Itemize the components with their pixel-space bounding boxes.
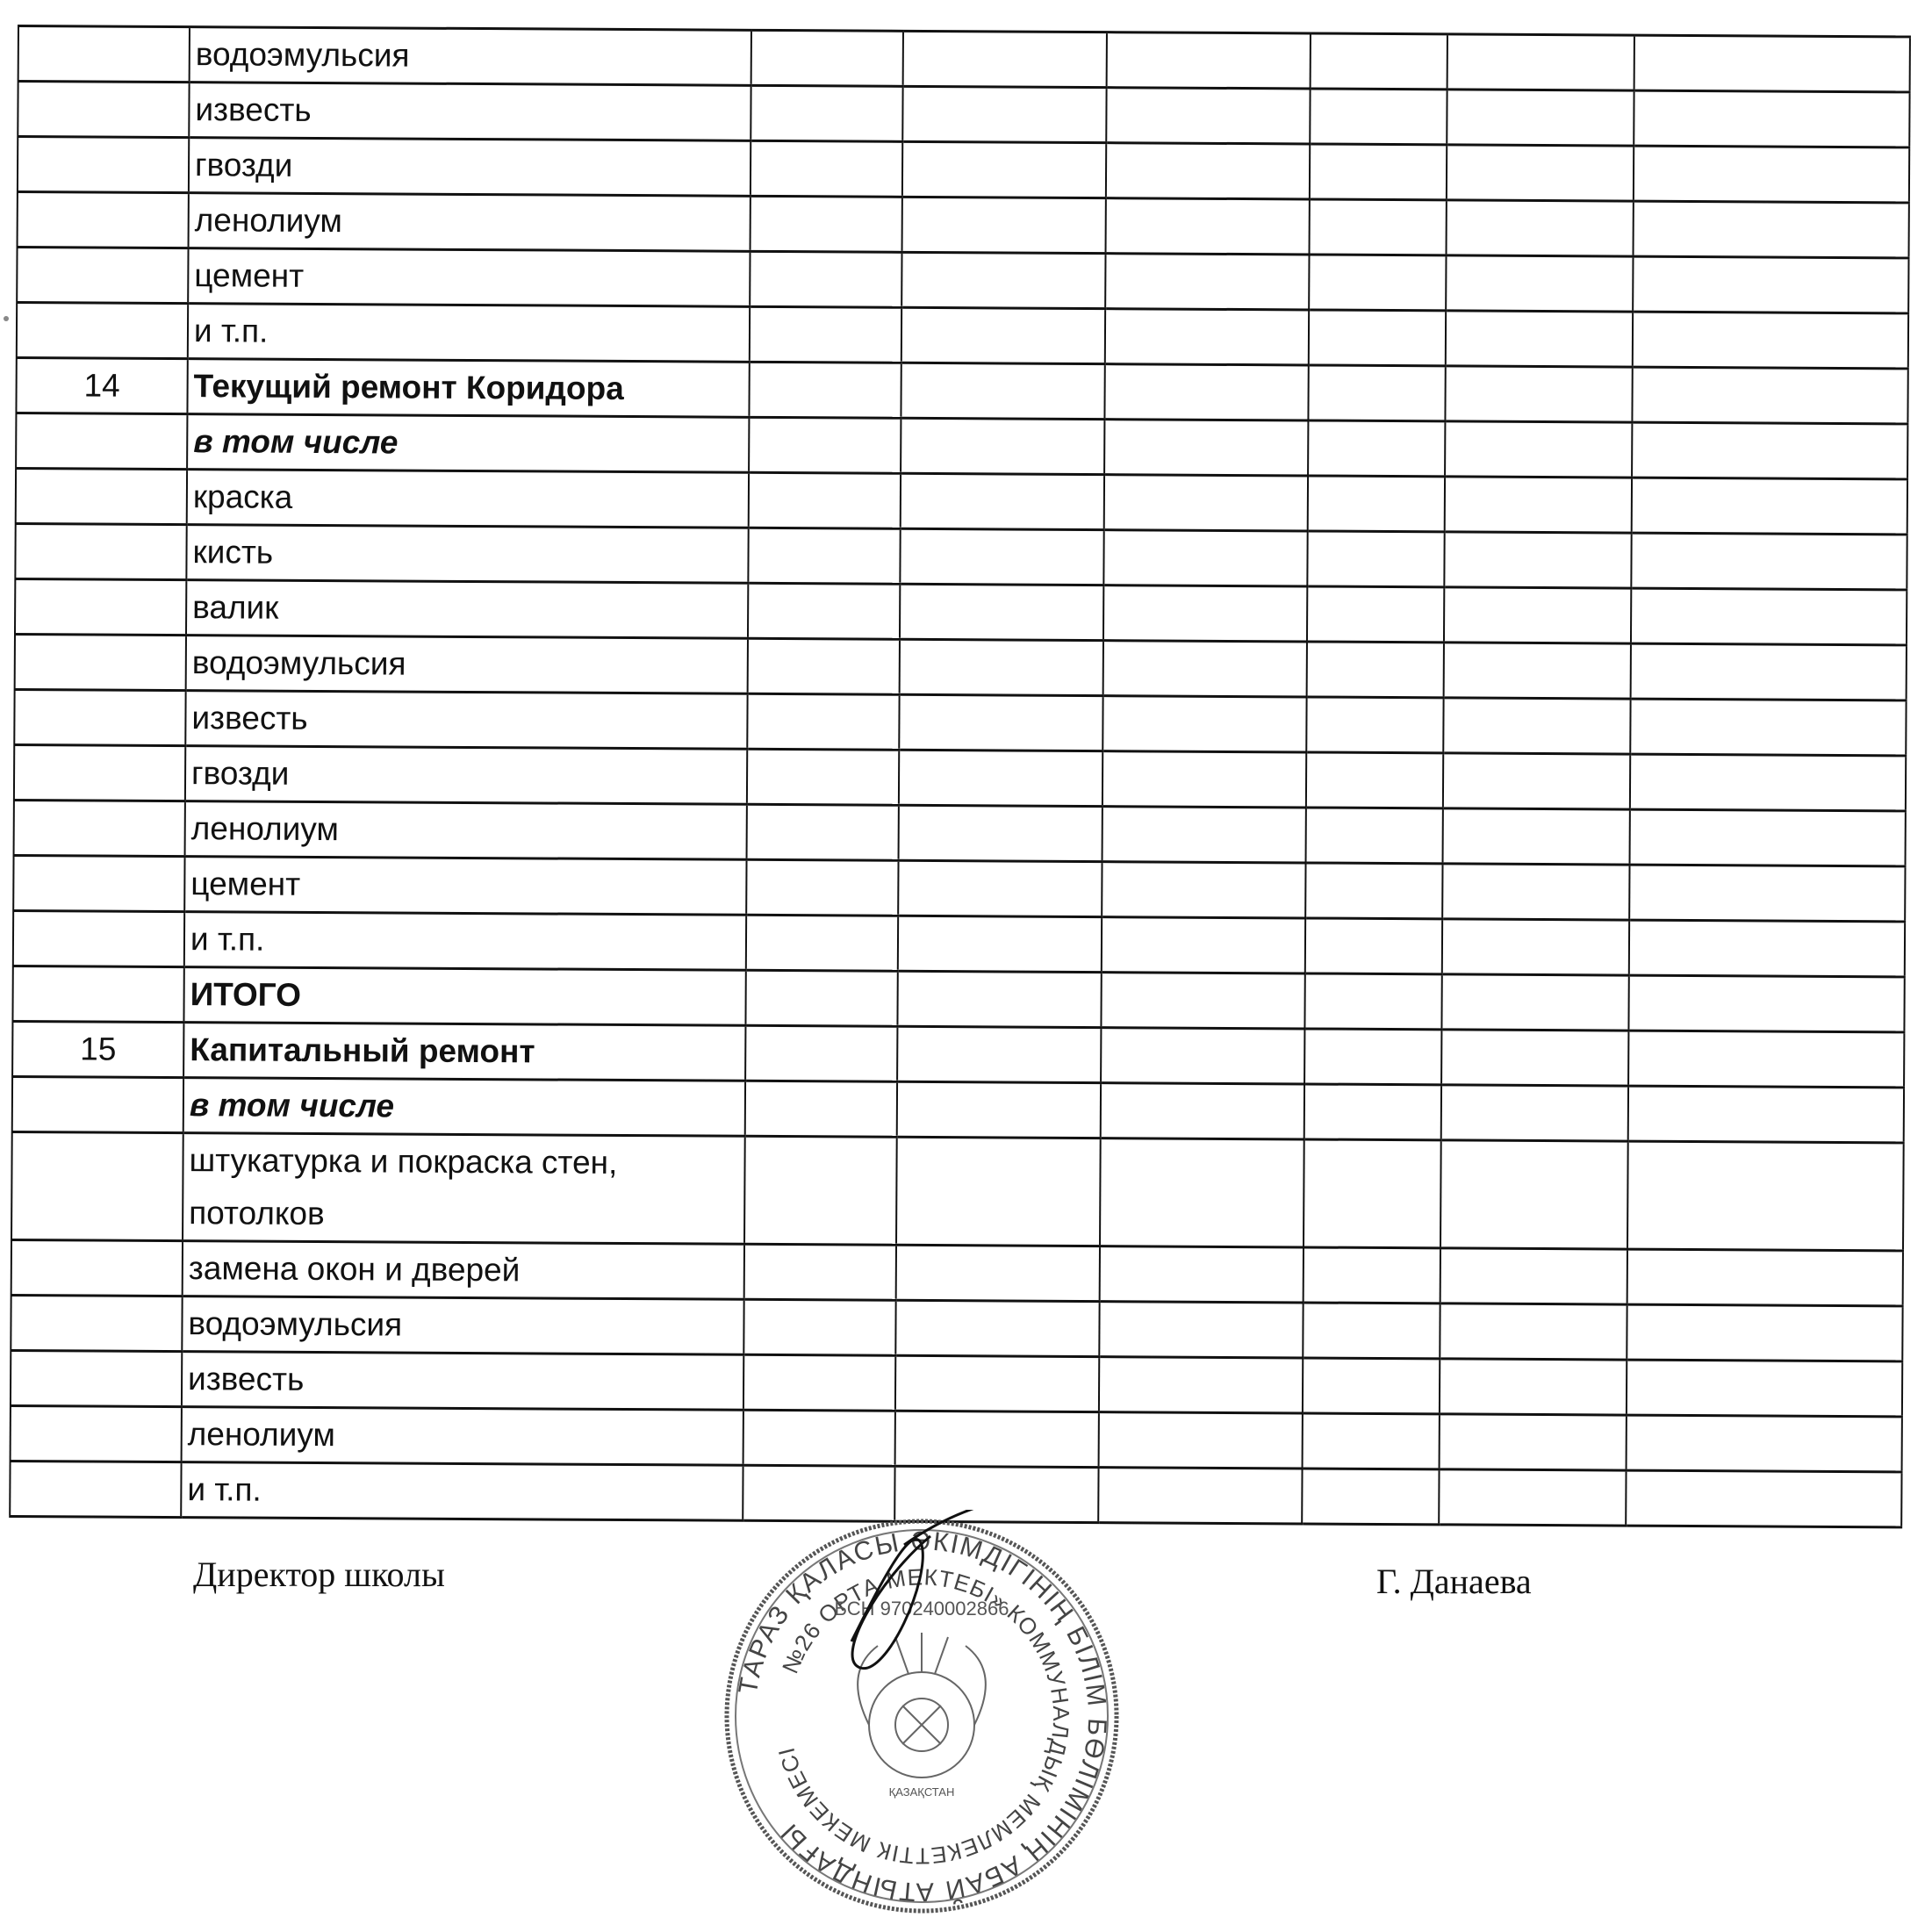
row-number [18,137,189,193]
empty-cell [1099,1302,1303,1358]
empty-cell [1310,89,1447,145]
item-name: в том числе [187,414,749,473]
row-number [11,1131,183,1240]
empty-cell [1627,1360,1902,1417]
empty-cell [750,306,901,363]
empty-cell [1100,1138,1304,1247]
empty-cell [1304,1139,1441,1248]
empty-cell [743,1410,895,1466]
emblem-icon [858,1633,986,1778]
empty-cell [1307,531,1444,587]
empty-cell [1628,975,1904,1032]
item-name: ленолиум [182,1407,743,1466]
empty-cell [1445,421,1632,478]
empty-cell [751,30,903,86]
row-number [11,1405,182,1462]
empty-cell [748,583,900,639]
item-name: штукатурка и покраска стен, потолков [183,1133,745,1245]
empty-cell [1103,641,1307,697]
row-number [18,26,190,83]
empty-cell [1628,1086,1904,1143]
item-name: краска [187,470,749,528]
empty-cell [749,472,901,528]
empty-cell [746,859,898,916]
row-number [15,523,186,579]
empty-cell [1306,752,1443,808]
empty-cell [1627,1249,1903,1306]
item-name: ИТОГО [183,967,745,1026]
empty-cell [745,1025,897,1081]
empty-cell [1440,1359,1627,1415]
empty-cell [1444,643,1631,699]
empty-cell [1103,585,1307,642]
empty-cell [1444,532,1631,588]
empty-cell [899,750,1102,806]
empty-cell [743,1354,895,1411]
empty-cell [898,860,1102,916]
empty-cell [1310,199,1447,255]
empty-cell [1101,973,1304,1029]
empty-cell [901,418,1104,474]
empty-cell [1629,865,1905,922]
empty-cell [748,528,900,584]
item-name: и т.п. [181,1462,743,1521]
empty-cell [896,1245,1100,1301]
empty-cell [1632,367,1907,424]
empty-cell [747,749,899,805]
empty-cell [899,805,1102,861]
director-title: Директор школы [193,1554,445,1595]
empty-cell [1445,366,1632,422]
row-number [18,82,189,138]
empty-cell [1440,1304,1627,1360]
item-name: водоэмульсия [186,636,748,694]
empty-cell [749,362,901,418]
empty-cell [1626,1470,1901,1527]
item-name: Текущий ремонт Коридора [187,359,749,418]
empty-cell [900,528,1103,585]
item-name: водоэмульсия [182,1296,743,1355]
item-name: цемент [184,857,746,916]
stamp-emblem-label: ҚАЗАҚСТАН [889,1785,955,1799]
empty-cell [746,915,898,971]
empty-cell [1445,477,1632,533]
row-number [16,468,187,524]
empty-cell [1107,32,1311,89]
empty-cell [901,252,1105,308]
empty-cell [1106,198,1310,255]
empty-cell [899,694,1102,751]
empty-cell [1447,200,1634,256]
empty-cell [1104,364,1308,420]
stamp-bin: БСН 970240002866 [835,1598,1009,1620]
empty-cell [1303,1413,1440,1469]
item-name: известь [182,1352,743,1411]
empty-cell [1447,90,1634,146]
empty-cell [1305,918,1442,974]
empty-cell [895,1411,1099,1467]
item-name: замена окон и дверей [183,1241,744,1300]
row-number [12,966,183,1022]
empty-cell [744,1136,897,1245]
empty-cell [1311,33,1447,90]
empty-cell [751,196,902,252]
empty-cell [1302,1469,1439,1525]
empty-cell [1310,144,1447,200]
empty-cell [1444,587,1631,643]
empty-cell [745,1081,897,1137]
empty-cell [1630,809,1906,866]
empty-cell [896,1137,1101,1246]
empty-cell [1102,696,1306,752]
empty-cell [1309,310,1446,366]
empty-cell [1105,309,1309,365]
empty-cell [751,85,902,141]
empty-cell [1102,807,1306,863]
empty-cell [1105,254,1309,310]
empty-cell [750,251,901,307]
empty-cell [1308,365,1445,421]
empty-cell [1630,699,1906,756]
empty-cell [902,141,1106,198]
empty-cell [1099,1412,1303,1469]
empty-cell [1307,586,1444,643]
item-name: цемент [188,248,750,307]
empty-cell [1629,920,1905,977]
table-row: штукатурка и покраска стен, потолков [11,1131,1904,1250]
row-number [18,192,189,248]
empty-cell [898,916,1102,972]
row-number [17,303,188,359]
empty-cell [1308,476,1445,532]
empty-cell [1440,1414,1627,1470]
empty-cell [1442,864,1629,920]
empty-cell [1304,1084,1441,1140]
empty-cell [1631,643,1907,700]
empty-cell [1303,1303,1440,1359]
empty-cell [1442,919,1629,975]
empty-cell [1627,1415,1902,1472]
materials-table: водоэмульсияизвестьгвоздиленолиумцементи… [9,25,1909,1528]
empty-cell [751,140,902,197]
empty-cell [1439,1469,1626,1526]
item-name: валик [186,580,748,639]
item-name: гвозди [185,746,747,805]
empty-cell [1632,478,1907,535]
empty-cell [1628,1031,1904,1088]
empty-cell [1441,974,1628,1031]
row-number [15,578,186,635]
empty-cell [1441,1085,1628,1141]
empty-cell [1446,311,1633,367]
empty-cell [743,1299,895,1355]
empty-cell [747,693,899,750]
empty-cell [748,638,900,694]
empty-cell [1102,862,1305,918]
item-name: и т.п. [184,912,746,971]
empty-cell [1633,312,1908,369]
item-name: ленолиум [189,193,751,252]
item-name: известь [185,691,747,750]
row-number [14,689,185,745]
row-number [12,1076,183,1132]
empty-cell [900,639,1103,695]
row-number: 15 [12,1021,183,1077]
empty-cell [1306,808,1443,864]
empty-cell [1443,808,1630,865]
empty-cell [745,970,897,1026]
empty-cell [1101,1028,1304,1084]
empty-cell [1446,255,1633,312]
official-stamp: ТАРАЗ ҚАЛАСЫ ӘКІМДІГІНІҢ БІЛІМ БӨЛІМІНІҢ… [702,1510,1141,1922]
empty-cell [1634,35,1910,92]
empty-cell [1630,754,1906,811]
row-number [11,1295,182,1351]
empty-cell [1308,420,1445,477]
empty-cell [744,1244,896,1300]
row-number: 14 [16,357,187,413]
empty-cell [1104,475,1308,531]
empty-cell [1304,1247,1440,1304]
row-number [13,910,184,966]
empty-cell [1634,146,1909,203]
empty-cell [1103,530,1307,586]
row-number [17,248,188,304]
empty-cell [897,971,1101,1027]
empty-cell [1631,533,1907,590]
empty-cell [903,31,1107,87]
empty-cell [1627,1141,1904,1251]
empty-cell [1309,255,1446,311]
empty-cell [1633,256,1908,313]
empty-cell [897,1081,1101,1138]
empty-cell [901,363,1104,419]
empty-cell [1443,753,1630,809]
empty-cell [1441,1030,1628,1086]
empty-cell [1440,1248,1627,1304]
empty-cell [895,1300,1099,1356]
empty-cell [1102,917,1305,973]
empty-cell [1627,1304,1902,1361]
empty-cell [1447,145,1634,201]
empty-cell [901,307,1105,363]
row-number [16,413,187,469]
row-number [10,1461,181,1517]
row-number [14,800,185,856]
empty-cell [1440,1140,1628,1249]
empty-cell [901,473,1104,529]
empty-cell [1305,863,1442,919]
item-name: ленолиум [185,801,747,860]
empty-cell [1304,973,1441,1030]
empty-cell [1307,642,1444,698]
empty-cell [902,86,1106,142]
empty-cell [1106,88,1310,144]
empty-cell [1634,90,1909,147]
item-name: в том числе [183,1078,745,1137]
row-number [14,744,185,801]
row-number [13,855,184,911]
empty-cell [1632,422,1907,479]
item-name: гвозди [189,138,751,197]
item-name: известь [189,83,751,141]
empty-cell [895,1355,1099,1411]
empty-cell [900,584,1103,640]
empty-cell [1631,588,1907,645]
director-name: Г. Данаева [1376,1561,1532,1602]
empty-cell [1443,698,1630,754]
row-number [15,634,186,690]
item-name: Капитальный ремонт [183,1023,745,1081]
empty-cell [1304,1029,1441,1085]
item-name: водоэмульсия [190,27,751,86]
empty-cell [897,1026,1101,1082]
item-name: и т.п. [188,304,750,363]
empty-cell [1100,1246,1304,1303]
empty-cell [1099,1357,1303,1413]
row-number [11,1239,183,1296]
item-name: кисть [186,525,748,584]
empty-cell [1634,201,1909,258]
scan-speck [4,316,9,321]
empty-cell [1101,1083,1304,1139]
empty-cell [1106,143,1310,199]
empty-cell [749,417,901,473]
empty-cell [1303,1358,1440,1414]
empty-cell [1306,697,1443,753]
empty-cell [902,197,1106,253]
empty-cell [1104,420,1308,476]
empty-cell [747,804,899,860]
row-number [11,1350,182,1406]
empty-cell [1447,34,1634,90]
empty-cell [1102,751,1306,808]
